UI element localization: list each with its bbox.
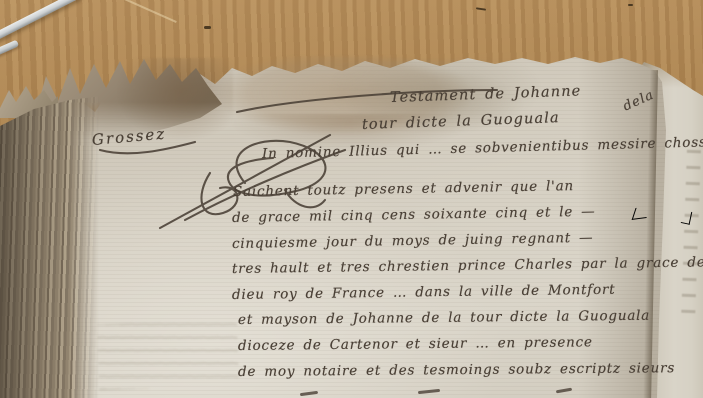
bleed-through-marks-left xyxy=(97,320,239,391)
wood-knot-speck xyxy=(628,4,633,6)
tattered-spine xyxy=(0,94,102,398)
photo-of-manuscript: Grossez Testament de Johanne dela tour d… xyxy=(0,0,703,398)
wood-knot-speck xyxy=(204,26,211,29)
